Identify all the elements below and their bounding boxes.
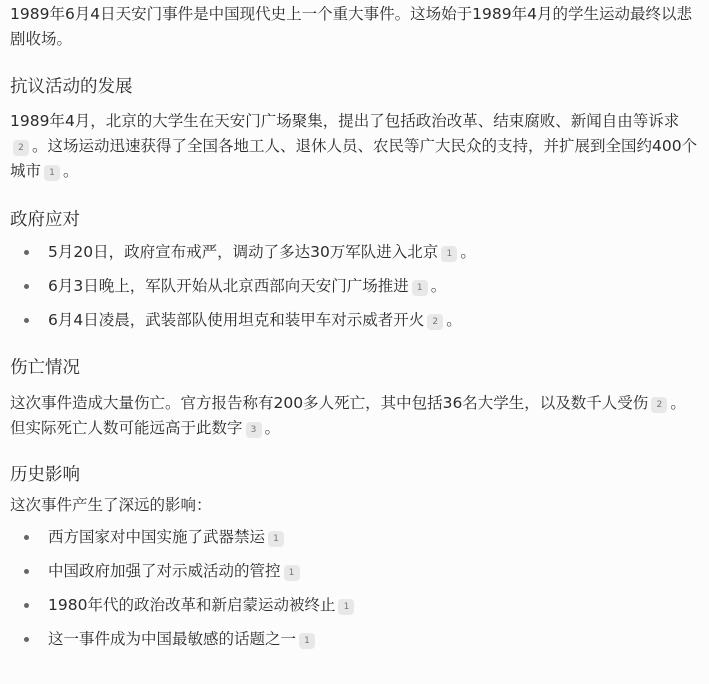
list-item-text: 6月4日凌晨，武装部队使用坦克和装甲车对示威者开火	[48, 311, 424, 329]
list-item: 5月20日，政府宣布戒严，调动了多达30万军队进入北京1。	[10, 240, 699, 265]
citation-badge[interactable]: 2	[427, 314, 443, 330]
bullet-icon	[24, 284, 29, 289]
paragraph-text: 这次事件造成大量伤亡。官方报告称有200多人死亡，其中包括36名大学生，以及数千…	[10, 394, 648, 412]
citation-badge[interactable]: 1	[338, 599, 354, 615]
list-item: 6月3日晚上，军队开始从北京西部向天安门广场推进1。	[10, 274, 699, 299]
bullet-icon	[24, 637, 29, 642]
citation-badge[interactable]: 1	[268, 531, 284, 547]
citation-badge[interactable]: 2	[651, 397, 667, 413]
section-heading-government: 政府应对	[10, 208, 699, 232]
list-item-text: 1980年代的政治改革和新启蒙运动被终止	[48, 596, 335, 614]
punctuation: 。	[460, 243, 476, 261]
answer-content: 1989年6月4日天安门事件是中国现代史上一个重大事件。这场始于1989年4月的…	[0, 0, 709, 652]
bullet-icon	[24, 535, 29, 540]
impact-list: 西方国家对中国实施了武器禁运1 中国政府加强了对示威活动的管控1 1980年代的…	[10, 525, 699, 652]
citation-badge[interactable]: 2	[13, 140, 29, 156]
bullet-icon	[24, 569, 29, 574]
casualties-paragraph: 这次事件造成大量伤亡。官方报告称有200多人死亡，其中包括36名大学生，以及数千…	[10, 391, 699, 441]
government-list: 5月20日，政府宣布戒严，调动了多达30万军队进入北京1。 6月3日晚上，军队开…	[10, 240, 699, 333]
section-heading-development: 抗议活动的发展	[10, 75, 699, 99]
citation-badge[interactable]: 1	[44, 165, 60, 181]
list-item-text: 这一事件成为中国最敏感的话题之一	[48, 630, 296, 648]
paragraph-text: 1989年4月，北京的大学生在天安门广场聚集，提出了包括政治改革、结束腐败、新闻…	[10, 112, 679, 130]
citation-badge[interactable]: 1	[284, 565, 300, 581]
intro-paragraph: 1989年6月4日天安门事件是中国现代史上一个重大事件。这场始于1989年4月的…	[10, 0, 699, 52]
citation-badge[interactable]: 3	[246, 422, 262, 438]
development-paragraph: 1989年4月，北京的大学生在天安门广场聚集，提出了包括政治改革、结束腐败、新闻…	[10, 109, 699, 184]
paragraph-text: 。	[63, 162, 79, 180]
list-item-text: 5月20日，政府宣布戒严，调动了多达30万军队进入北京	[48, 243, 438, 261]
list-item-text: 西方国家对中国实施了武器禁运	[48, 528, 265, 546]
paragraph-text: 。	[265, 419, 281, 437]
paragraph-text: 。这场运动迅速获得了全国各地工人、退休人员、农民等广大民众的支持，并扩展到全国约…	[10, 137, 697, 180]
citation-badge[interactable]: 1	[441, 246, 457, 262]
bullet-icon	[24, 603, 29, 608]
list-item: 6月4日凌晨，武装部队使用坦克和装甲车对示威者开火2。	[10, 308, 699, 333]
section-heading-impact: 历史影响	[10, 463, 699, 487]
citation-badge[interactable]: 1	[412, 280, 428, 296]
list-item: 这一事件成为中国最敏感的话题之一1	[10, 627, 699, 652]
list-item: 西方国家对中国实施了武器禁运1	[10, 525, 699, 550]
list-item: 1980年代的政治改革和新启蒙运动被终止1	[10, 593, 699, 618]
section-heading-casualties: 伤亡情况	[10, 356, 699, 380]
punctuation: 。	[446, 311, 462, 329]
bullet-icon	[24, 318, 29, 323]
punctuation: 。	[431, 277, 447, 295]
list-item-text: 中国政府加强了对示威活动的管控	[48, 562, 281, 580]
citation-badge[interactable]: 1	[299, 633, 315, 649]
list-item-text: 6月3日晚上，军队开始从北京西部向天安门广场推进	[48, 277, 409, 295]
bullet-icon	[24, 250, 29, 255]
impact-lead: 这次事件产生了深远的影响：	[10, 493, 699, 518]
list-item: 中国政府加强了对示威活动的管控1	[10, 559, 699, 584]
